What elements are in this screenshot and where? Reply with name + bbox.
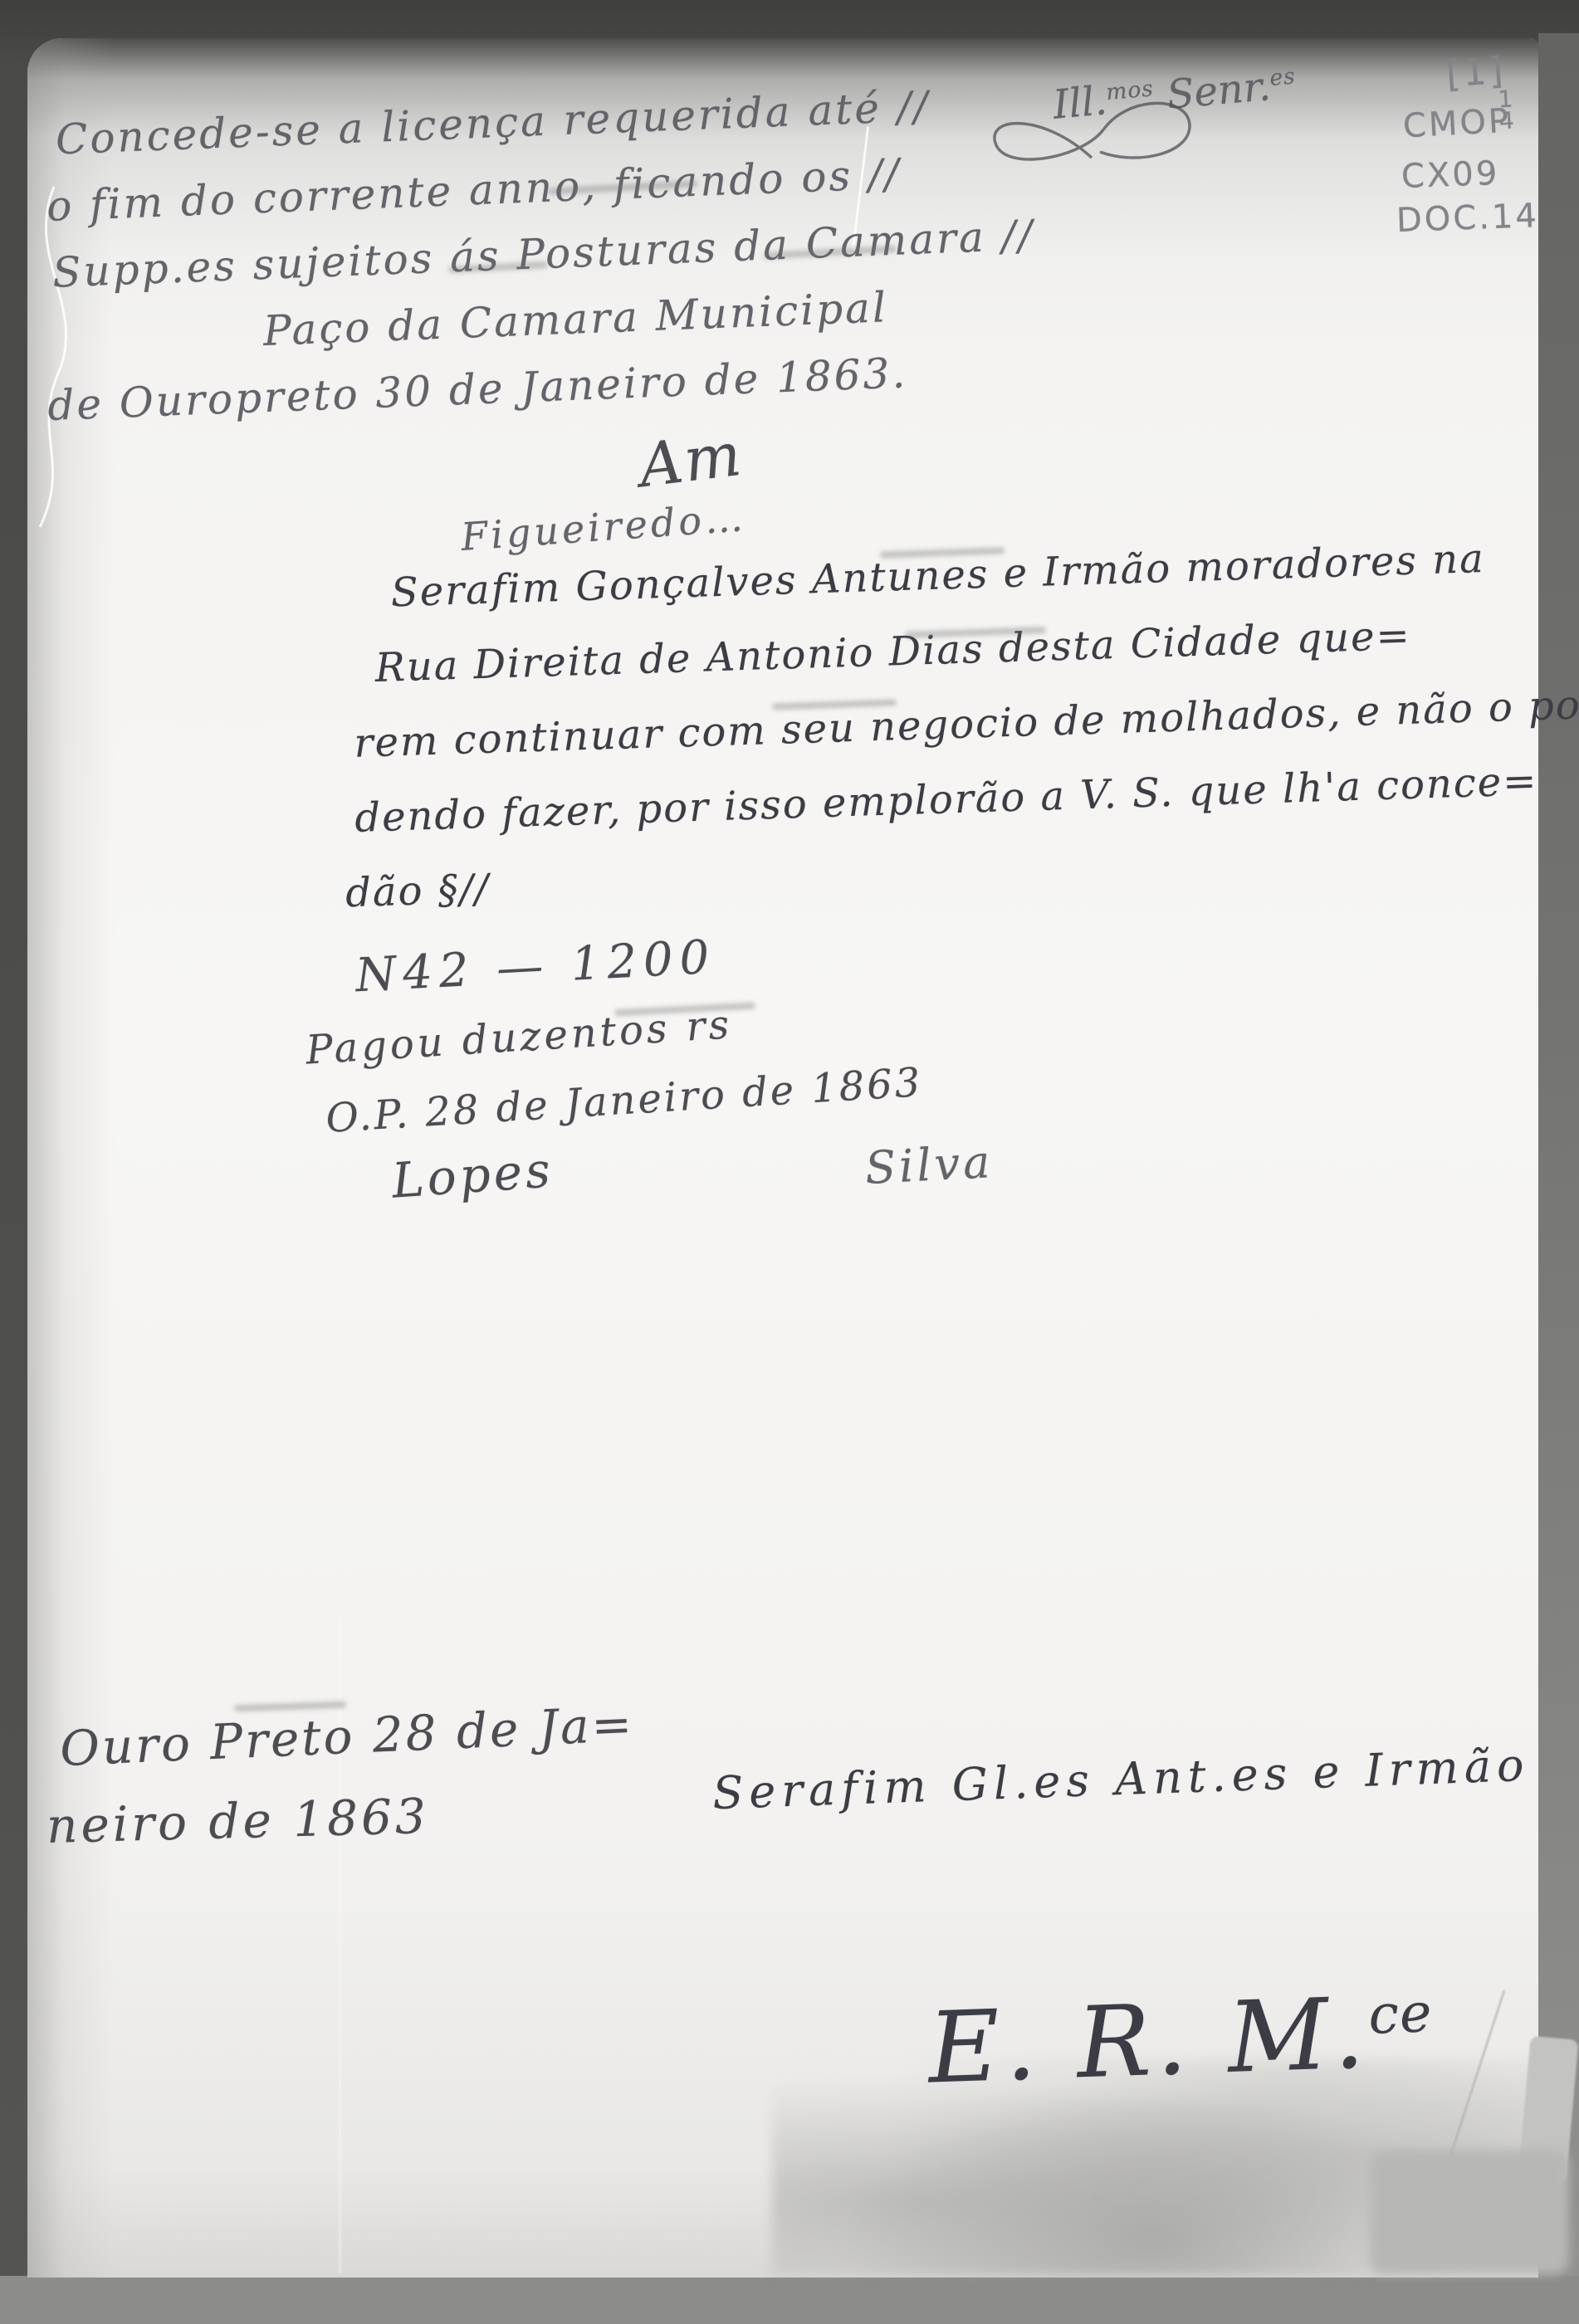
closing-sup: ce (1367, 1982, 1433, 2047)
petition-line: rem continuar com seu negocio de molhado… (354, 681, 1579, 767)
fonds-code-sub: 4 (1498, 110, 1517, 132)
fee-signature-left: Lopes (390, 1141, 555, 1208)
closing-formula: E. R. M.ce (926, 1973, 1435, 2105)
despatch-line: Paço da Camara Municipal (262, 277, 1038, 355)
scanner-right-band (1538, 33, 1579, 2324)
petition-line: Rua Direita de Antonio Dias desta Cidade… (374, 606, 1579, 691)
scanned-document: { "archival": { "bracket_number": "[1]",… (0, 0, 1579, 2324)
archival-doc-code: DOC.14 (1396, 197, 1539, 240)
scanner-bottom-band (0, 2276, 1579, 2324)
despatch-note: Concede-se a licença requerida até // o … (43, 78, 1040, 429)
fee-signature-right: Silva (863, 1135, 994, 1194)
despatch-rubric: Am (635, 419, 746, 501)
archival-box-code: CX09 (1401, 154, 1500, 196)
dateline-line2: neiro de 1863 (46, 1788, 429, 1854)
petition-line: dendo fazer, por isso emplorão a V. S. q… (354, 755, 1579, 842)
closing-main: E. R. M. (926, 1975, 1371, 2105)
fonds-code-fraction: 1 4 (1498, 88, 1518, 132)
salutation-sup2: es (1269, 63, 1297, 91)
petition-text: Serafim Gonçalves Antunes e Irmão morado… (347, 531, 1579, 916)
archival-fonds-code: CMOP 1 4 (1402, 102, 1512, 146)
fonds-code-text: CMOP (1402, 102, 1512, 146)
